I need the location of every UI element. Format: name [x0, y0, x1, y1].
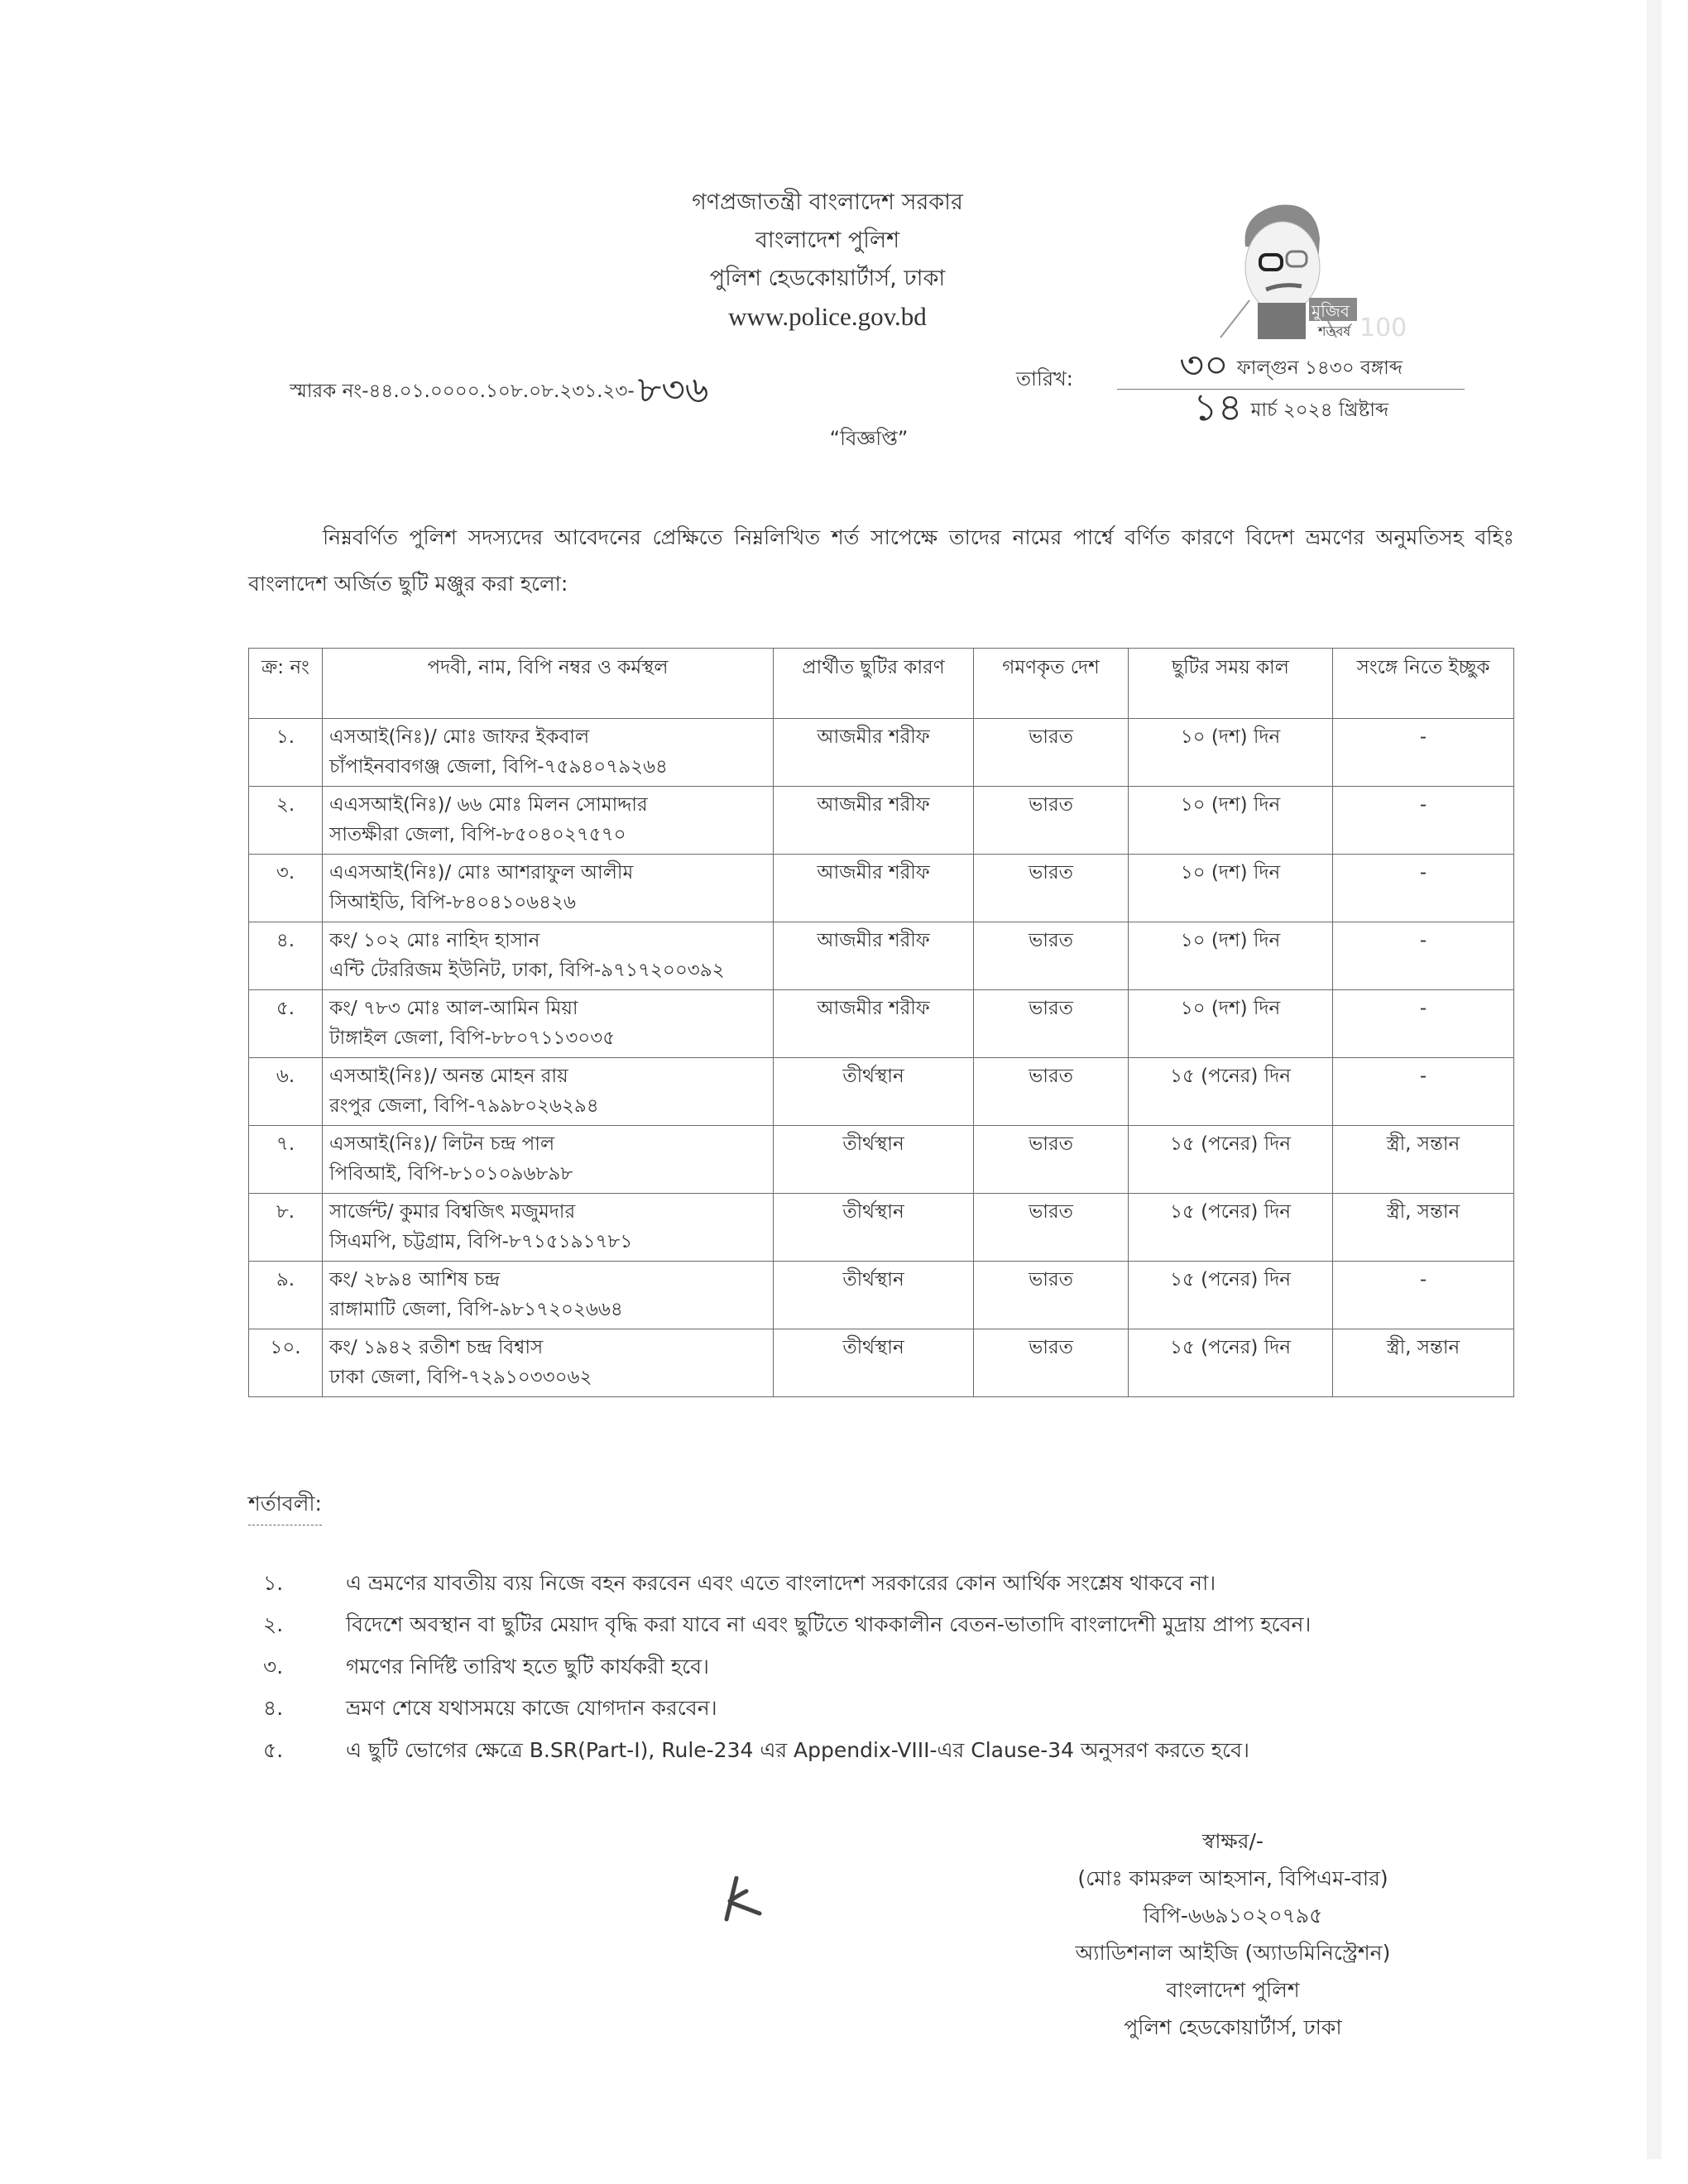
gregorian-date: ১৪ মার্চ ২০২৪ খ্রিষ্টাব্দ: [1117, 390, 1465, 431]
cell-reason: আজমীর শরীফ: [774, 990, 974, 1058]
cell-reason: তীর্থস্থান: [774, 1126, 974, 1194]
cell-period: ১০ (দশ) দিন: [1129, 787, 1333, 855]
cell-companions: -: [1333, 855, 1514, 922]
cell-serial: ২.: [249, 787, 323, 855]
condition-text: বিদেশে অবস্থান বা ছুটির মেয়াদ বৃদ্ধি কর…: [346, 1608, 1311, 1644]
svg-text:মুজিব: মুজিব: [1311, 301, 1350, 321]
rank-and-name: কং/ ১৯৪২ রতীশ চন্দ্র বিশ্বাস: [329, 1333, 766, 1363]
svg-text:শতবর্ষ: শতবর্ষ: [1317, 323, 1352, 339]
cell-period: ১৫ (পনের) দিন: [1129, 1058, 1333, 1126]
bangla-date: ৩০ ফাল্গুন ১৪৩০ বঙ্গাব্দ: [1117, 347, 1465, 389]
notice-title: “বিজ্ঞপ্তি”: [761, 424, 976, 457]
cell-period: ১০ (দশ) দিন: [1129, 719, 1333, 787]
condition-text: এ ছুটি ভোগের ক্ষেত্রে B.SR(Part-I), Rule…: [346, 1734, 1249, 1770]
signatory-name: (মোঃ কামরুল আহসান, বিপিএম-বার): [1018, 1860, 1448, 1897]
cell-companions: -: [1333, 1058, 1514, 1126]
col-country: গমণকৃত দেশ: [974, 649, 1129, 719]
cell-reason: তীর্থস্থান: [774, 1058, 974, 1126]
cell-name: এসআই(নিঃ)/ মোঃ জাফর ইকবালচাঁপাইনবাবগঞ্জ …: [323, 719, 774, 787]
bangla-month-year: ফাল্গুন ১৪৩০ বঙ্গাব্দ: [1237, 352, 1403, 385]
condition-text: গমণের নির্দিষ্ট তারিখ হতে ছুটি কার্যকরী …: [346, 1650, 709, 1686]
conditions-heading: শর্তাবলী:: [248, 1487, 322, 1525]
org-name: বাংলাদেশ পুলিশ: [579, 222, 1076, 260]
condition-item: ১.এ ভ্রমণের যাবতীয় ব্যয় নিজে বহন করবেন…: [248, 1564, 1539, 1606]
cell-name: এএসআই(নিঃ)/ ৬৬ মোঃ মিলন সোমাদ্দারসাতক্ষী…: [323, 787, 774, 855]
table-row: ৩.এএসআই(নিঃ)/ মোঃ আশরাফুল আলীমসিআইডি, বি…: [249, 855, 1514, 922]
cell-reason: তীর্থস্থান: [774, 1194, 974, 1262]
signatory-org: বাংলাদেশ পুলিশ: [1018, 1971, 1448, 2009]
condition-item: ৪.ভ্রমণ শেষে যথাসময়ে কাজে যোগদান করবেন।: [248, 1689, 1539, 1731]
condition-item: ৫.এ ছুটি ভোগের ক্ষেত্রে B.SR(Part-I), Ru…: [248, 1731, 1539, 1773]
cell-country: ভারত: [974, 990, 1129, 1058]
cell-period: ১৫ (পনের) দিন: [1129, 1126, 1333, 1194]
initial-k-mark-icon: [722, 1876, 763, 1922]
table-row: ৮.সার্জেন্ট/ কুমার বিশ্বজিৎ মজুমদারসিএমপ…: [249, 1194, 1514, 1262]
scan-edge-strip: [1647, 0, 1662, 2159]
intro-paragraph: নিম্নবর্ণিত পুলিশ সদস্যদের আবেদনের প্রেক…: [248, 515, 1514, 607]
unit-and-bp-number: এন্টি টেররিজম ইউনিট, ঢাকা, বিপি-৯৭১৭২০০৩…: [329, 955, 766, 985]
cell-country: ভারত: [974, 922, 1129, 990]
signatory-office: পুলিশ হেডকোয়ার্টার্স, ঢাকা: [1018, 2009, 1448, 2046]
col-reason: প্রার্থীত ছুটির কারণ: [774, 649, 974, 719]
memo-handwritten-number: ৮৩৬: [638, 369, 709, 411]
rank-and-name: এসআই(নিঃ)/ অনন্ত মোহন রায়: [329, 1061, 766, 1091]
cell-companions: স্ত্রী, সন্তান: [1333, 1194, 1514, 1262]
cell-period: ১৫ (পনের) দিন: [1129, 1329, 1333, 1397]
cell-serial: ৬.: [249, 1058, 323, 1126]
condition-number: ৫.: [248, 1734, 346, 1770]
table-row: ৫.কং/ ৭৮৩ মোঃ আল-আমিন মিয়াটাঙ্গাইল জেলা…: [249, 990, 1514, 1058]
office-name: পুলিশ হেডকোয়ার্টার্স, ঢাকা: [579, 260, 1076, 298]
cell-period: ১৫ (পনের) দিন: [1129, 1262, 1333, 1329]
table-row: ১.এসআই(নিঃ)/ মোঃ জাফর ইকবালচাঁপাইনবাবগঞ্…: [249, 719, 1514, 787]
unit-and-bp-number: সিএমপি, চট্টগ্রাম, বিপি-৮৭১৫১৯১৭৮১: [329, 1227, 766, 1257]
col-companions: সংঙ্গে নিতে ইচ্ছুক: [1333, 649, 1514, 719]
memo-number: স্মারক নং-৪৪.০১.০০০০.১০৮.০৮.২৩১.২৩-৮৩৬: [290, 362, 708, 423]
gregorian-day: ১৪: [1193, 379, 1243, 442]
signatory-bp: বিপি-৬৬৯১০২০৭৯৫: [1018, 1897, 1448, 1934]
condition-text: ভ্রমণ শেষে যথাসময়ে কাজে যোগদান করবেন।: [346, 1692, 717, 1727]
condition-number: ২.: [248, 1608, 346, 1644]
cell-country: ভারত: [974, 1262, 1129, 1329]
cell-serial: ১০.: [249, 1329, 323, 1397]
cell-country: ভারত: [974, 1329, 1129, 1397]
unit-and-bp-number: সাতক্ষীরা জেলা, বিপি-৮৫০৪০২৭৫৭০: [329, 820, 766, 850]
condition-number: ১.: [248, 1567, 346, 1602]
cell-serial: ৭.: [249, 1126, 323, 1194]
cell-name: সার্জেন্ট/ কুমার বিশ্বজিৎ মজুমদারসিএমপি,…: [323, 1194, 774, 1262]
rank-and-name: সার্জেন্ট/ কুমার বিশ্বজিৎ মজুমদার: [329, 1197, 766, 1227]
cell-country: ভারত: [974, 855, 1129, 922]
signatory-designation: অ্যাডিশনাল আইজি (অ্যাডমিনিস্ট্রেশন): [1018, 1934, 1448, 1971]
cell-serial: ১.: [249, 719, 323, 787]
condition-number: ৩.: [248, 1650, 346, 1686]
cell-companions: স্ত্রী, সন্তান: [1333, 1126, 1514, 1194]
cell-reason: তীর্থস্থান: [774, 1329, 974, 1397]
cell-serial: ৯.: [249, 1262, 323, 1329]
govt-name: গণপ্রজাতন্ত্রী বাংলাদেশ সরকার: [579, 184, 1076, 222]
cell-companions: -: [1333, 922, 1514, 990]
signature-block: স্বাক্ষর/- (মোঃ কামরুল আহসান, বিপিএম-বার…: [1018, 1822, 1448, 2046]
cell-reason: আজমীর শরীফ: [774, 719, 974, 787]
unit-and-bp-number: সিআইডি, বিপি-৮৪০৪১০৬৪২৬: [329, 888, 766, 917]
cell-period: ১০ (দশ) দিন: [1129, 855, 1333, 922]
condition-item: ৩.গমণের নির্দিষ্ট তারিখ হতে ছুটি কার্যকর…: [248, 1647, 1539, 1689]
website-link[interactable]: www.police.gov.bd: [579, 298, 1076, 336]
unit-and-bp-number: রাঙ্গামাটি জেলা, বিপি-৯৮১৭২০২৬৬৪: [329, 1295, 766, 1324]
unit-and-bp-number: ঢাকা জেলা, বিপি-৭২৯১০৩৩০৬২: [329, 1363, 766, 1392]
rank-and-name: এএসআই(নিঃ)/ ৬৬ মোঃ মিলন সোমাদ্দার: [329, 790, 766, 820]
cell-companions: -: [1333, 990, 1514, 1058]
cell-period: ১০ (দশ) দিন: [1129, 990, 1333, 1058]
unit-and-bp-number: রংপুর জেলা, বিপি-৭৯৯৮০২৬২৯৪: [329, 1091, 766, 1121]
cell-country: ভারত: [974, 719, 1129, 787]
cell-name: কং/ ২৮৯৪ আশিষ চন্দ্ররাঙ্গামাটি জেলা, বিপ…: [323, 1262, 774, 1329]
date-block: ৩০ ফাল্গুন ১৪৩০ বঙ্গাব্দ ১৪ মার্চ ২০২৪ খ…: [1117, 347, 1465, 431]
table-header-row: ক্র: নং পদবী, নাম, বিপি নম্বর ও কর্মস্থল…: [249, 649, 1514, 719]
leave-table: ক্র: নং পদবী, নাম, বিপি নম্বর ও কর্মস্থল…: [248, 648, 1514, 1397]
signed-label: স্বাক্ষর/-: [1018, 1822, 1448, 1860]
date-label: তারিখ:: [1016, 364, 1073, 397]
table-row: ৪.কং/ ১০২ মোঃ নাহিদ হাসানএন্টি টেররিজম ই…: [249, 922, 1514, 990]
cell-reason: আজমীর শরীফ: [774, 922, 974, 990]
rank-and-name: কং/ ৭৮৩ মোঃ আল-আমিন মিয়া: [329, 994, 766, 1023]
cell-companions: -: [1333, 787, 1514, 855]
rank-and-name: এসআই(নিঃ)/ লিটন চন্দ্র পাল: [329, 1129, 766, 1159]
gregorian-month-year: মার্চ ২০২৪ খ্রিষ্টাব্দ: [1251, 395, 1389, 427]
letterhead: গণপ্রজাতন্ত্রী বাংলাদেশ সরকার বাংলাদেশ প…: [579, 184, 1076, 336]
col-name: পদবী, নাম, বিপি নম্বর ও কর্মস্থল: [323, 649, 774, 719]
table-row: ৯.কং/ ২৮৯৪ আশিষ চন্দ্ররাঙ্গামাটি জেলা, ব…: [249, 1262, 1514, 1329]
table-row: ৬.এসআই(নিঃ)/ অনন্ত মোহন রায়রংপুর জেলা, …: [249, 1058, 1514, 1126]
table-row: ২.এএসআই(নিঃ)/ ৬৬ মোঃ মিলন সোমাদ্দারসাতক্…: [249, 787, 1514, 855]
cell-serial: ৩.: [249, 855, 323, 922]
cell-name: এএসআই(নিঃ)/ মোঃ আশরাফুল আলীমসিআইডি, বিপি…: [323, 855, 774, 922]
cell-name: কং/ ১০২ মোঃ নাহিদ হাসানএন্টি টেররিজম ইউন…: [323, 922, 774, 990]
rank-and-name: কং/ ১০২ মোঃ নাহিদ হাসান: [329, 926, 766, 955]
cell-serial: ৪.: [249, 922, 323, 990]
cell-name: এসআই(নিঃ)/ অনন্ত মোহন রায়রংপুর জেলা, বি…: [323, 1058, 774, 1126]
cell-country: ভারত: [974, 1194, 1129, 1262]
cell-period: ১০ (দশ) দিন: [1129, 922, 1333, 990]
cell-name: কং/ ১৯৪২ রতীশ চন্দ্র বিশ্বাসঢাকা জেলা, ব…: [323, 1329, 774, 1397]
unit-and-bp-number: পিবিআই, বিপি-৮১০১০৯৬৮৯৮: [329, 1159, 766, 1189]
svg-text:100: 100: [1360, 314, 1407, 339]
mujib-centenary-portrait-logo-icon: মুজিব শতবর্ষ 100: [1212, 197, 1436, 339]
cell-period: ১৫ (পনের) দিন: [1129, 1194, 1333, 1262]
col-period: ছুটির সময় কাল: [1129, 649, 1333, 719]
cell-serial: ৫.: [249, 990, 323, 1058]
table-row: ১০.কং/ ১৯৪২ রতীশ চন্দ্র বিশ্বাসঢাকা জেলা…: [249, 1329, 1514, 1397]
cell-serial: ৮.: [249, 1194, 323, 1262]
rank-and-name: এসআই(নিঃ)/ মোঃ জাফর ইকবাল: [329, 722, 766, 752]
cell-reason: তীর্থস্থান: [774, 1262, 974, 1329]
col-serial: ক্র: নং: [249, 649, 323, 719]
condition-text: এ ভ্রমণের যাবতীয় ব্যয় নিজে বহন করবেন এ…: [346, 1567, 1216, 1602]
condition-item: ২.বিদেশে অবস্থান বা ছুটির মেয়াদ বৃদ্ধি …: [248, 1606, 1539, 1648]
cell-companions: -: [1333, 719, 1514, 787]
rank-and-name: এএসআই(নিঃ)/ মোঃ আশরাফুল আলীম: [329, 858, 766, 888]
cell-name: কং/ ৭৮৩ মোঃ আল-আমিন মিয়াটাঙ্গাইল জেলা, …: [323, 990, 774, 1058]
unit-and-bp-number: চাঁপাইনবাবগঞ্জ জেলা, বিপি-৭৫৯৪০৭৯২৬৪: [329, 752, 766, 782]
cell-country: ভারত: [974, 787, 1129, 855]
cell-reason: আজমীর শরীফ: [774, 787, 974, 855]
cell-name: এসআই(নিঃ)/ লিটন চন্দ্র পালপিবিআই, বিপি-৮…: [323, 1126, 774, 1194]
memo-prefix: স্মারক নং-৪৪.০১.০০০০.১০৮.০৮.২৩১.২৩-: [290, 381, 635, 402]
cell-companions: -: [1333, 1262, 1514, 1329]
condition-number: ৪.: [248, 1692, 346, 1727]
cell-country: ভারত: [974, 1126, 1129, 1194]
cell-reason: আজমীর শরীফ: [774, 855, 974, 922]
rank-and-name: কং/ ২৮৯৪ আশিষ চন্দ্র: [329, 1265, 766, 1295]
cell-country: ভারত: [974, 1058, 1129, 1126]
table-row: ৭.এসআই(নিঃ)/ লিটন চন্দ্র পালপিবিআই, বিপি…: [249, 1126, 1514, 1194]
cell-companions: স্ত্রী, সন্তান: [1333, 1329, 1514, 1397]
conditions-list: ১.এ ভ্রমণের যাবতীয় ব্যয় নিজে বহন করবেন…: [248, 1564, 1539, 1773]
unit-and-bp-number: টাঙ্গাইল জেলা, বিপি-৮৮০৭১১৩০৩৫: [329, 1023, 766, 1053]
